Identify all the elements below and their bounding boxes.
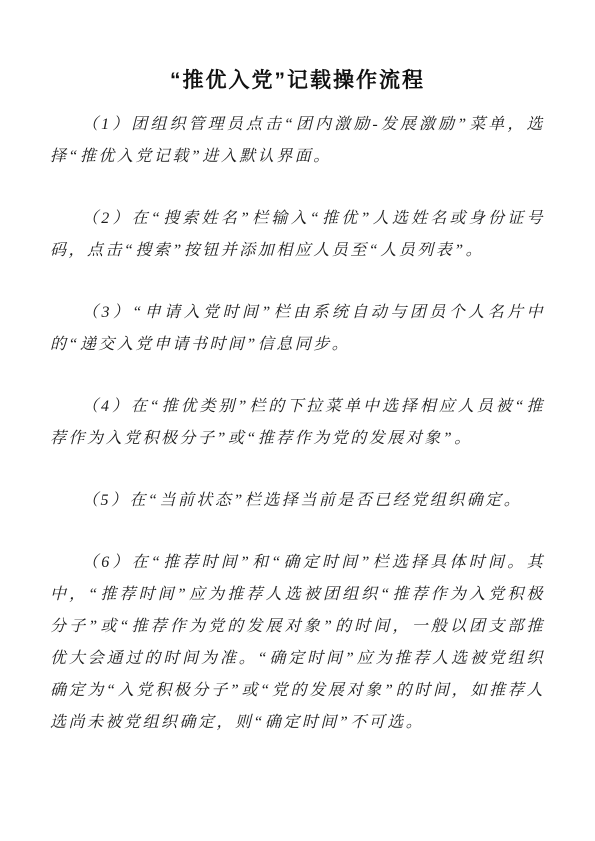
document-page: “推优入党”记载操作流程 （1）团组织管理员点击“团内激励-发展激励”菜单，选择… [0,0,595,841]
paragraph-step-3: （3）“申请入党时间”栏由系统自动与团员个人名片中的“递交入党申请书时间”信息同… [50,297,545,361]
paragraph-step-2: （2）在“搜索姓名”栏输入“推优”人选姓名或身份证号码，点击“搜索”按钮并添加相… [50,203,545,267]
paragraph-step-5: （5）在“当前状态”栏选择当前是否已经党组织确定。 [50,485,545,517]
document-body: （1）团组织管理员点击“团内激励-发展激励”菜单，选择“推优入党记载”进入默认界… [50,109,545,739]
page-title: “推优入党”记载操作流程 [50,64,545,97]
paragraph-step-4: （4）在“推优类别”栏的下拉菜单中选择相应人员被“推荐作为入党积极分子”或“推荐… [50,391,545,455]
paragraph-step-1: （1）团组织管理员点击“团内激励-发展激励”菜单，选择“推优入党记载”进入默认界… [50,109,545,173]
paragraph-step-6: （6）在“推荐时间”和“确定时间”栏选择具体时间。其中，“推荐时间”应为推荐人选… [50,547,545,739]
